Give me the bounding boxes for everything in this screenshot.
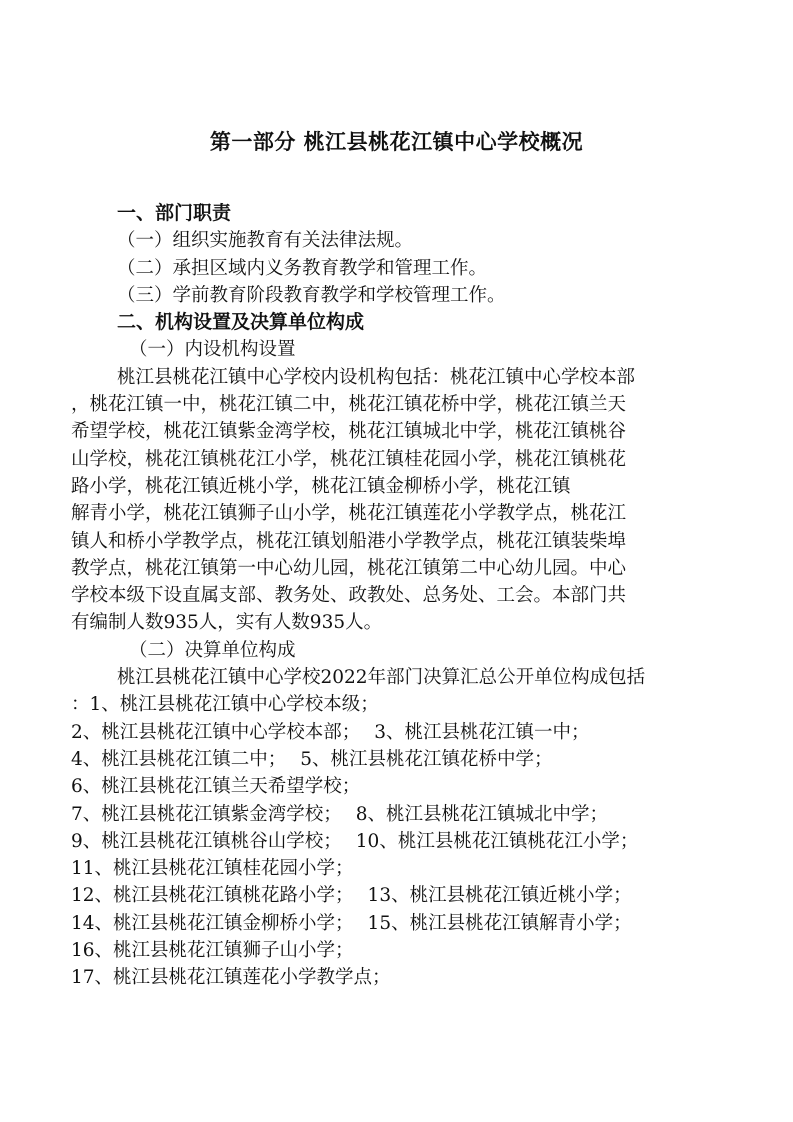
unit-list-line: 4、桃江县桃花江镇二中；5、桃江县桃花江镇花桥中学； — [71, 746, 723, 773]
unit-item: 5、桃江县桃花江镇花桥中学； — [300, 749, 552, 770]
unit-item: 6、桃江县桃花江镇兰天希望学校； — [71, 776, 360, 797]
unit-list-line: 14、桃江县桃花江镇金柳桥小学；15、桃江县桃花江镇解青小学； — [71, 910, 723, 937]
unit-list-line: 2、桃江县桃花江镇中心学校本部；3、桃江县桃花江镇一中； — [71, 719, 723, 746]
unit-item: ：1、桃江县桃花江镇中心学校本级； — [71, 694, 379, 715]
unit-item: 12、桃江县桃花江镇桃花路小学； — [71, 885, 354, 906]
unit-list-line: 7、桃江县桃花江镇紫金湾学校；8、桃江县桃花江镇城北中学； — [71, 801, 723, 828]
subsection-heading-internal: （一）内设机构设置 — [71, 336, 723, 363]
unit-item: 10、桃江县桃花江镇桃花江小学； — [356, 831, 639, 852]
duty-item: （三）学前教育阶段教育教学和学校管理工作。 — [71, 282, 723, 309]
paragraph-line: 有编制人数935人，实有人数935人。 — [71, 609, 723, 636]
paragraph-line: 山学校，桃花江镇桃花江小学，桃花江镇桂花园小学，桃花江镇桃花 — [71, 446, 723, 473]
document-body: 一、部门职责 （一）组织实施教育有关法律法规。 （二）承担区域内义务教育教学和管… — [71, 200, 723, 992]
paragraph-line: ，桃花江镇一中，桃花江镇二中，桃花江镇花桥中学，桃花江镇兰天 — [71, 391, 723, 418]
unit-item: 11、桃江县桃花江镇桂花园小学； — [71, 858, 354, 879]
unit-item: 13、桃江县桃花江镇近桃小学； — [368, 885, 632, 906]
unit-item: 7、桃江县桃花江镇紫金湾学校； — [71, 804, 342, 825]
paragraph-line: 路小学，桃花江镇近桃小学，桃花江镇金柳桥小学，桃花江镇 — [71, 473, 723, 500]
paragraph-line: 解青小学，桃花江镇狮子山小学，桃花江镇莲花小学教学点，桃花江 — [71, 500, 723, 527]
unit-item: 14、桃江县桃花江镇金柳桥小学； — [71, 913, 354, 934]
section-heading-duties: 一、部门职责 — [71, 200, 723, 227]
unit-item: 17、桃江县桃花江镇莲花小学教学点； — [71, 967, 391, 988]
unit-list-line: 17、桃江县桃花江镇莲花小学教学点； — [71, 964, 723, 991]
page-title: 第一部分 桃江县桃花江镇中心学校概况 — [0, 126, 793, 156]
unit-list-line: 16、桃江县桃花江镇狮子山小学； — [71, 937, 723, 964]
duty-item: （一）组织实施教育有关法律法规。 — [71, 227, 723, 254]
unit-item: 2、桃江县桃花江镇中心学校本部； — [71, 722, 360, 743]
unit-list-line: 9、桃江县桃花江镇桃谷山学校；10、桃江县桃花江镇桃花江小学； — [71, 828, 723, 855]
duty-item: （二）承担区域内义务教育教学和管理工作。 — [71, 255, 723, 282]
unit-list-line: 6、桃江县桃花江镇兰天希望学校； — [71, 773, 723, 800]
paragraph-line: 镇人和桥小学教学点，桃花江镇划船港小学教学点，桃花江镇装柴埠 — [71, 528, 723, 555]
unit-list-line: 12、桃江县桃花江镇桃花路小学；13、桃江县桃花江镇近桃小学； — [71, 882, 723, 909]
unit-item: 4、桃江县桃花江镇二中； — [71, 749, 286, 770]
unit-item: 15、桃江县桃花江镇解青小学； — [368, 913, 632, 934]
paragraph-line: 桃江县桃花江镇中心学校内设机构包括：桃花江镇中心学校本部 — [71, 364, 723, 391]
unit-item: 9、桃江县桃花江镇桃谷山学校； — [71, 831, 342, 852]
paragraph-line: 桃江县桃花江镇中心学校2022年部门决算汇总公开单位构成包括 — [71, 664, 723, 691]
unit-list-line: 11、桃江县桃花江镇桂花园小学； — [71, 855, 723, 882]
unit-item: 16、桃江县桃花江镇狮子山小学； — [71, 940, 354, 961]
paragraph-line: 希望学校，桃花江镇紫金湾学校，桃花江镇城北中学，桃花江镇桃谷 — [71, 418, 723, 445]
unit-item: 3、桃江县桃花江镇一中； — [374, 722, 589, 743]
subsection-heading-units: （二）决算单位构成 — [71, 637, 723, 664]
paragraph-line: 教学点，桃花江镇第一中心幼儿园，桃花江镇第二中心幼儿园。中心 — [71, 555, 723, 582]
section-heading-structure: 二、机构设置及决算单位构成 — [71, 309, 723, 336]
unit-list-line: ：1、桃江县桃花江镇中心学校本级； — [71, 691, 723, 718]
paragraph-line: 学校本级下设直属支部、教务处、政教处、总务处、工会。本部门共 — [71, 582, 723, 609]
unit-item: 8、桃江县桃花江镇城北中学； — [356, 804, 608, 825]
